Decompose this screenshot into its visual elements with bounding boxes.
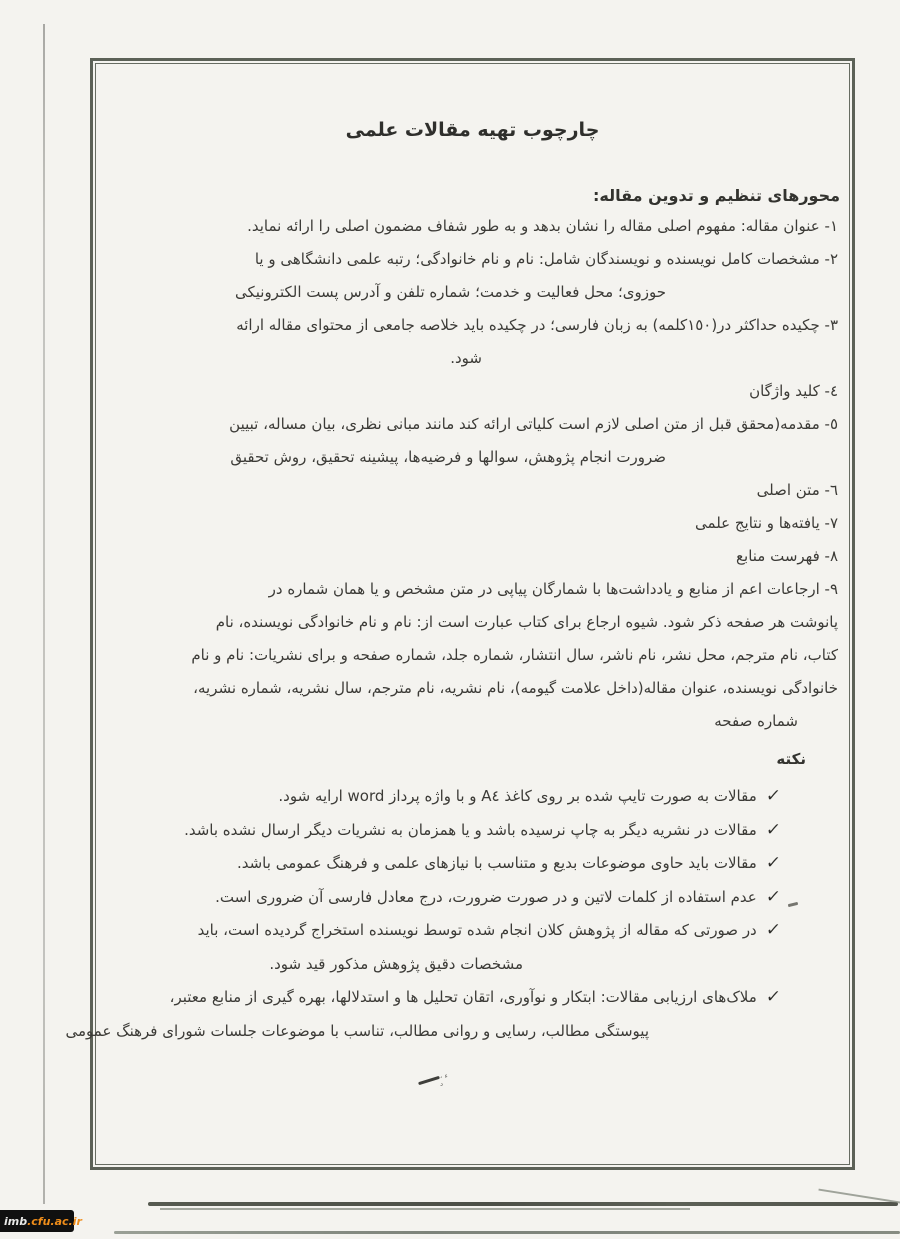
note-heading: نکته	[96, 750, 852, 768]
guideline-line-text: ٦- متن اصلی	[757, 481, 838, 499]
guideline-line-text: ٨- فهرست منابع	[736, 547, 838, 565]
guideline-line-text: ١- عنوان مقاله: مفهوم اصلی مقاله را نشان…	[247, 217, 838, 235]
bottom-scan-shadow-line	[148, 1202, 898, 1206]
guideline-line-text: کتاب، نام مترجم، محل نشر، نام ناشر، سال …	[191, 646, 838, 664]
guideline-line: ٢- مشخصات کامل نویسنده و نویسندگان شامل:…	[104, 243, 838, 276]
check-icon: ✓	[763, 847, 782, 881]
note-line-text: مقالات باید حاوی موضوعات بدیع و متناسب ب…	[237, 854, 757, 872]
note-line-text: عدم استفاده از کلمات لاتین و در صورت ضرو…	[215, 888, 757, 906]
guideline-line-text: حوزوی؛ محل فعالیت و خدمت؛ شماره تلفن و آ…	[235, 283, 666, 301]
watermark-text: imb.cfu.ac.ir	[4, 1215, 82, 1228]
guideline-line: ٣- چکیده حداکثر در(١٥٠کلمه) به زبان فارس…	[104, 309, 838, 342]
guideline-line-text: ٥- مقدمه(محقق قبل از متن اصلی لازم است ک…	[229, 415, 838, 433]
guideline-line: حوزوی؛ محل فعالیت و خدمت؛ شماره تلفن و آ…	[104, 276, 838, 309]
guideline-line-text: شماره صفحه	[714, 712, 798, 730]
guideline-line: شماره صفحه	[104, 705, 838, 738]
guideline-line-text: شود.	[450, 349, 482, 367]
watermark-badge: imb.cfu.ac.ir	[0, 1210, 74, 1232]
note-line: مشخصات دقیق پژوهش مذکور قید شود.	[104, 948, 838, 982]
guideline-line: ٧- یافته‌ها و نتایج علمی	[104, 507, 838, 540]
section-heading: محورهای تنظیم و تدوین مقاله:	[96, 186, 848, 205]
note-line: ✓در صورتی که مقاله از پژوهش کلان انجام ش…	[104, 914, 838, 948]
check-icon: ✓	[763, 981, 782, 1015]
guideline-line: پانوشت هر صفحه ذکر شود. شیوه ارجاع برای …	[104, 606, 838, 639]
note-line: پیوستگی مطالب، رسایی و روانی مطالب، تناس…	[104, 1015, 838, 1049]
note-line-text: در صورتی که مقاله از پژوهش کلان انجام شد…	[198, 921, 757, 939]
note-line: ✓مقالات به صورت تایپ شده بر روی کاغذ A٤ …	[104, 780, 838, 814]
note-line-text: مقالات به صورت تایپ شده بر روی کاغذ A٤ و…	[278, 787, 756, 805]
pen-scribble-stroke	[418, 1076, 440, 1085]
watermark-suffix: .cfu.ac.ir	[27, 1215, 82, 1228]
guideline-line: ٦- متن اصلی	[104, 474, 838, 507]
guideline-line: ٤- کلید واژگان	[104, 375, 838, 408]
note-line: ✓عدم استفاده از کلمات لاتین و در صورت ضر…	[104, 881, 838, 915]
guideline-line: ٨- فهرست منابع	[104, 540, 838, 573]
note-line-text: مشخصات دقیق پژوهش مذکور قید شود.	[269, 955, 523, 973]
check-icon: ✓	[763, 814, 782, 848]
paper-edge-scan-line	[43, 24, 45, 1204]
pen-scribble-dots: ، ء د	[440, 1072, 448, 1088]
guideline-line: ٥- مقدمه(محقق قبل از متن اصلی لازم است ک…	[104, 408, 838, 441]
check-icon: ✓	[763, 780, 782, 814]
guideline-line: کتاب، نام مترجم، محل نشر، نام ناشر، سال …	[104, 639, 838, 672]
pen-scribble-mark: ، ء د	[418, 1072, 448, 1086]
guideline-line: ٩- ارجاعات اعم از منابع و یادداشت‌ها با …	[104, 573, 838, 606]
watermark-prefix: imb	[4, 1215, 27, 1228]
guideline-line: ١- عنوان مقاله: مفهوم اصلی مقاله را نشان…	[104, 210, 838, 243]
guideline-line: ضرورت انجام پژوهش، سوالها و فرضیه‌ها، پی…	[104, 441, 838, 474]
note-line-text: پیوستگی مطالب، رسایی و روانی مطالب، تناس…	[65, 1022, 649, 1040]
note-line-text: مقالات در نشریه دیگر به چاپ نرسیده باشد …	[184, 821, 757, 839]
bottom-page-edge-line	[114, 1231, 900, 1234]
check-icon: ✓	[763, 914, 782, 948]
bottom-scan-shadow-line-2	[160, 1208, 690, 1210]
page-title: چارچوب تهیه مقالات علمی	[90, 119, 855, 141]
note-line: ✓مقالات باید حاوی موضوعات بدیع و متناسب …	[104, 847, 838, 881]
guideline-line-text: ٣- چکیده حداکثر در(١٥٠کلمه) به زبان فارس…	[236, 316, 838, 334]
guideline-line: خانوادگی نویسنده، عنوان مقاله(داخل علامت…	[104, 672, 838, 705]
guideline-line-text: پانوشت هر صفحه ذکر شود. شیوه ارجاع برای …	[216, 613, 838, 631]
guideline-line-text: خانوادگی نویسنده، عنوان مقاله(داخل علامت…	[193, 679, 838, 697]
guideline-line-text: ٤- کلید واژگان	[749, 382, 838, 400]
guidelines-list: ١- عنوان مقاله: مفهوم اصلی مقاله را نشان…	[96, 210, 852, 738]
check-icon: ✓	[763, 881, 782, 915]
scanned-document-page: چارچوب تهیه مقالات علمی محورهای تنظیم و …	[0, 0, 900, 1239]
guideline-line: شود.	[104, 342, 838, 375]
guideline-line-text: ضرورت انجام پژوهش، سوالها و فرضیه‌ها، پی…	[230, 448, 666, 466]
guideline-line-text: ٢- مشخصات کامل نویسنده و نویسندگان شامل:…	[255, 250, 838, 268]
guideline-line-text: ٧- یافته‌ها و نتایج علمی	[695, 514, 838, 532]
note-line: ✓ملاک‌های ارزیابی مقالات: ابتکار و نوآور…	[104, 981, 838, 1015]
note-line-text: ملاک‌های ارزیابی مقالات: ابتکار و نوآوری…	[170, 988, 757, 1006]
note-line: ✓مقالات در نشریه دیگر به چاپ نرسیده باشد…	[104, 814, 838, 848]
guideline-line-text: ٩- ارجاعات اعم از منابع و یادداشت‌ها با …	[269, 580, 838, 598]
notes-list: ✓مقالات به صورت تایپ شده بر روی کاغذ A٤ …	[96, 780, 852, 1048]
